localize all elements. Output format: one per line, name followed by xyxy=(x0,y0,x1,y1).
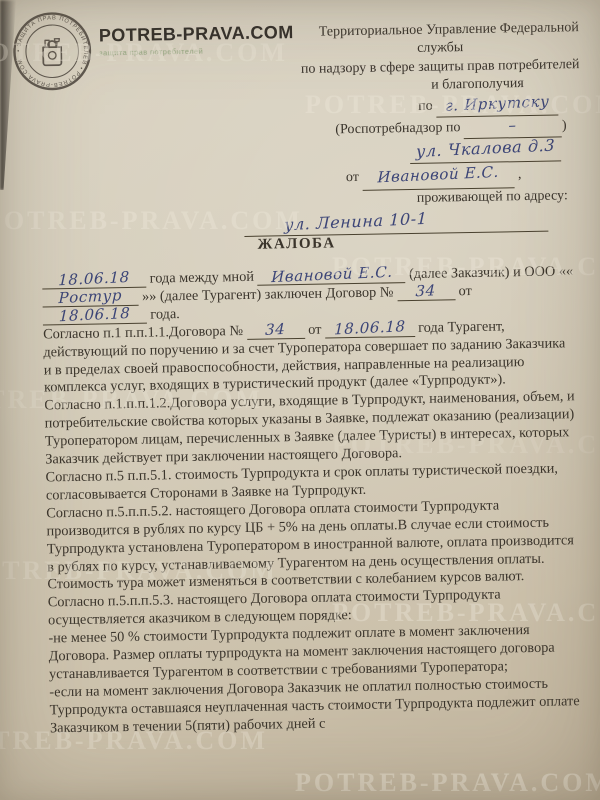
rospotrebnadzor-close: ) xyxy=(562,118,567,133)
paragraph-intro: 18.06.18 года между мной Ивановой Е.С. (… xyxy=(42,263,574,326)
contract-date-fill: 18.06.18 xyxy=(43,306,147,325)
paragraph-payment-term-1: -не менее 50 % стоимости Турпродукта под… xyxy=(48,621,580,684)
shopping-bag-icon xyxy=(43,39,61,66)
from-comma: , xyxy=(518,168,522,183)
body-text-segment: года. xyxy=(150,306,180,323)
brand-seal-icon: • ЗАЩИТА ПРАВ ПОТРЕБИТЕЛЕЙ • POTREB-PRAV… xyxy=(10,10,93,93)
from-fill: Ивановой Е.С. xyxy=(362,163,514,192)
paragraph-clause-5-2: Согласно п.5.п.п.5.2. настоящего Договор… xyxy=(46,496,578,595)
complaint-body: 18.06.18 года между мной Ивановой Е.С. (… xyxy=(42,263,581,738)
paper-sheet: • ЗАЩИТА ПРАВ ПОТРЕБИТЕЛЕЙ • POTREB-PRAV… xyxy=(0,0,600,800)
authority-address-handwriting: ул. Чкалова д.3 xyxy=(416,136,556,162)
paragraph-clause-1-2: Согласно п.1.п.п.1.2.Договора услуги, вх… xyxy=(44,389,576,470)
recipient-block: Территориальное Управление Федеральной с… xyxy=(241,19,583,237)
body-text-segment: (далее Заказчик) и ООО «« xyxy=(409,263,573,282)
document-photo: POTREB-PRAVA.COM POTREB-PRAVA.COM POTREB… xyxy=(0,0,600,800)
city-fill: г. Иркутску xyxy=(436,93,558,118)
contract-date-fill: 18.06.18 xyxy=(325,320,415,339)
contract-number-fill: 34 xyxy=(397,283,455,301)
paragraph-clause-1-1: Согласно п.1 п.п.1.1.Договора № 34 от 18… xyxy=(43,317,575,398)
from-label: от xyxy=(346,170,359,185)
date-handwriting: 18.06.18 xyxy=(334,319,406,337)
name-handwriting: Ивановой Е.С. xyxy=(271,265,393,286)
contract-number-fill: 34 xyxy=(246,322,304,340)
date-handwriting: 18.06.18 xyxy=(59,306,131,324)
paragraph-payment-term-2: -если на момент заключения Договора Зака… xyxy=(49,675,581,738)
body-text-segment: года между мной xyxy=(150,269,254,287)
dash-handwriting: – xyxy=(509,116,518,135)
body-text-segment: »» (далее Турагент) заключен Договор № xyxy=(142,284,394,304)
city-label: по xyxy=(418,98,433,113)
number-handwriting: 34 xyxy=(416,283,437,299)
number-handwriting: 34 xyxy=(265,322,286,338)
body-text-segment: от xyxy=(458,283,471,299)
body-text-segment: Согласно п.1 п.п.1.1.Договора № xyxy=(43,323,243,342)
city-handwriting: г. Иркутску xyxy=(445,92,550,115)
residing-address-handwriting: ул. Ленина 10-1 xyxy=(284,210,428,235)
rospotrebnadzor-label: (Роспотребнадзор по xyxy=(335,120,460,137)
company-handwriting: Ростур xyxy=(58,288,122,306)
claimant-name-fill: Ивановой Е.С. xyxy=(257,266,405,286)
from-handwriting: Ивановой Е.С. xyxy=(377,161,499,189)
body-text-segment: от xyxy=(308,321,321,337)
